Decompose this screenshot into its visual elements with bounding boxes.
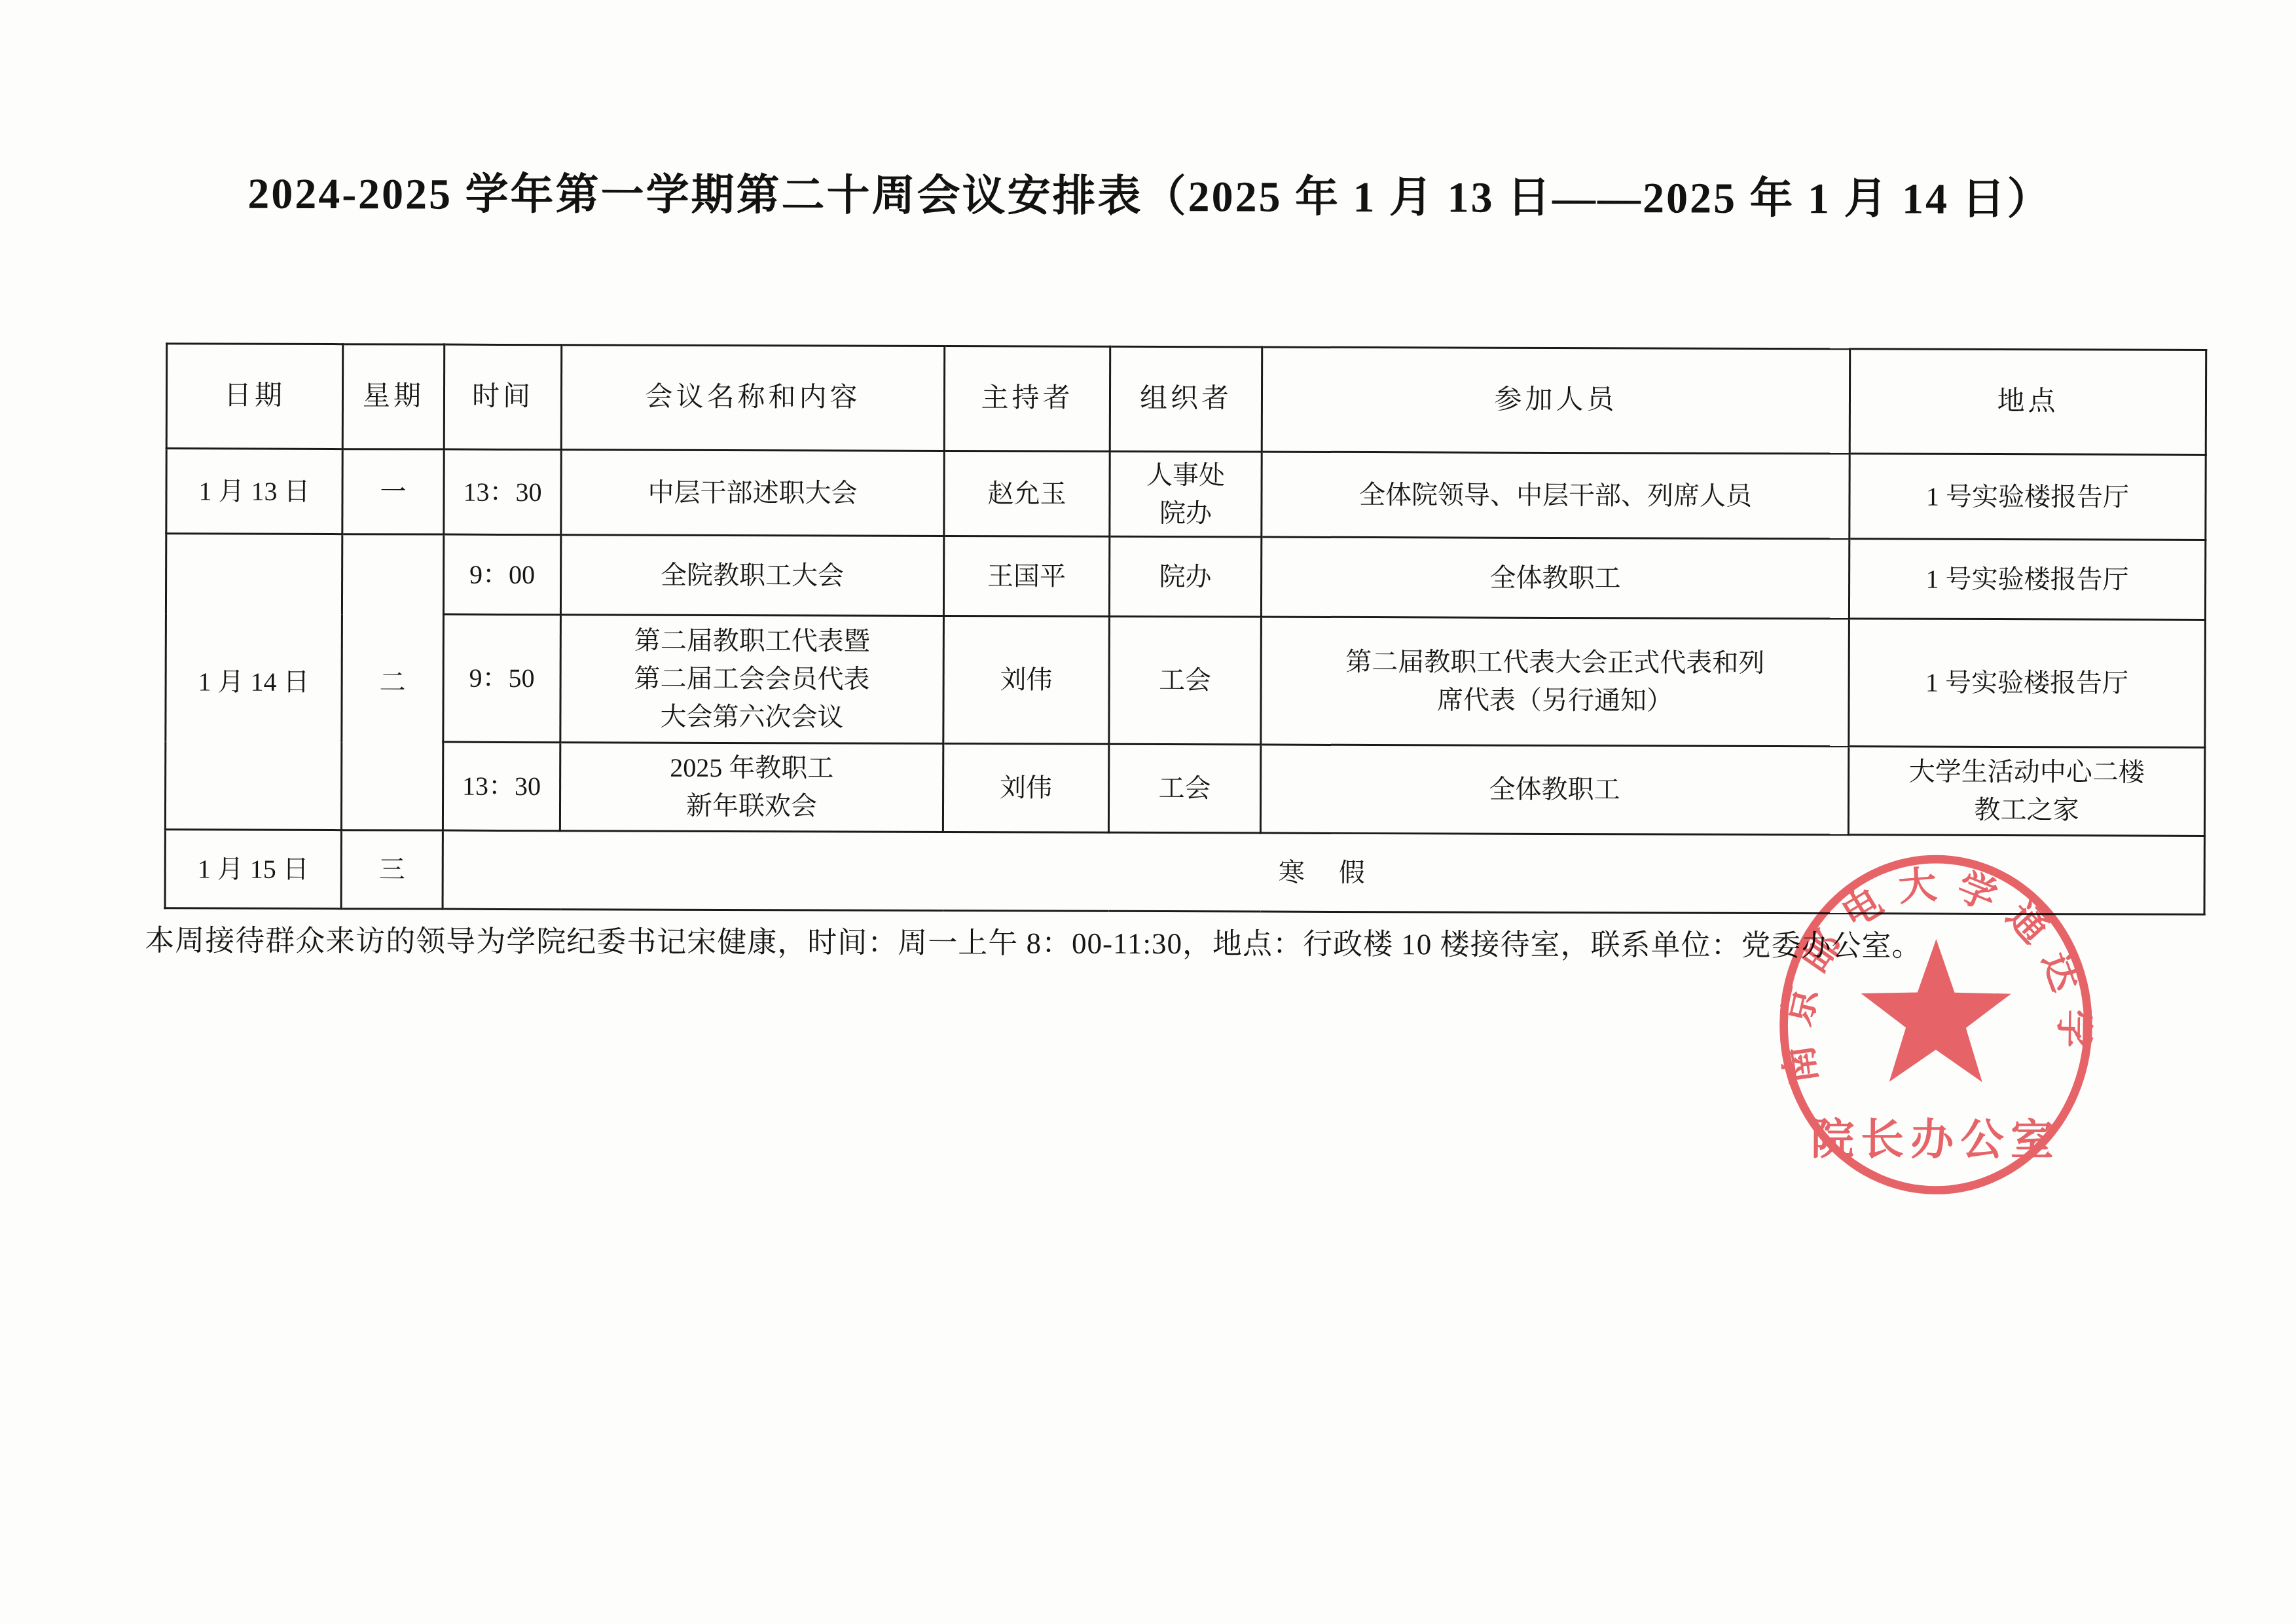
- document-title: 2024-2025 学年第一学期第二十周会议安排表（2025 年 1 月 13 …: [2, 157, 2296, 227]
- cell-time: 13：30: [444, 449, 561, 535]
- seal-office-text: 院长办公室: [1811, 1116, 2060, 1164]
- table-row: 1 月 14 日 二 9：00 全院教职工大会 王国平 院办 全体教职工 1 号…: [166, 534, 2205, 620]
- cell-organizer: 工会: [1109, 616, 1262, 745]
- header-cell-date: 日期: [166, 344, 343, 449]
- cell-week: 二: [341, 534, 443, 830]
- header-cell-time: 时间: [444, 344, 562, 450]
- table-row: 13：30 2025 年教职工 新年联欢会 刘伟 工会 全体教职工 大学生活动中…: [165, 741, 2204, 836]
- cell-location: 大学生活动中心二楼 教工之家: [1848, 747, 2204, 836]
- cell-location: 1 号实验楼报告厅: [1850, 454, 2206, 540]
- table-row: 9：50 第二届教职工代表暨 第二届工会会员代表 大会第六次会议 刘伟 工会 第…: [166, 614, 2206, 748]
- header-cell-organizer: 组织者: [1110, 346, 1262, 452]
- cell-time: 9：00: [443, 534, 560, 615]
- cell-week: 一: [342, 449, 444, 534]
- cell-meeting: 2025 年教职工 新年联欢会: [560, 743, 943, 832]
- cell-participants: 全体院领导、中层干部、列席人员: [1262, 452, 1850, 539]
- table-header-row: 日期 星期 时间 会议名称和内容 主持者 组织者 参加人员 地点: [166, 344, 2206, 455]
- cell-location: 1 号实验楼报告厅: [1849, 539, 2205, 620]
- document-content: 2024-2025 学年第一学期第二十周会议安排表（2025 年 1 月 13 …: [0, 0, 2296, 1624]
- cell-week: 三: [341, 830, 443, 909]
- cell-meeting: 第二届教职工代表暨 第二届工会会员代表 大会第六次会议: [560, 615, 944, 744]
- cell-meeting: 全院教职工大会: [560, 535, 943, 616]
- cell-organizer: 人事处 院办: [1110, 451, 1262, 537]
- table-row: 1 月 15 日 三 寒 假: [165, 830, 2204, 915]
- cell-location: 1 号实验楼报告厅: [1849, 619, 2206, 748]
- cell-participants: 全体教职工: [1260, 745, 1848, 835]
- scanned-document-page: 2024-2025 学年第一学期第二十周会议安排表（2025 年 1 月 13 …: [0, 0, 2296, 1624]
- header-cell-meeting: 会议名称和内容: [561, 345, 944, 451]
- cell-host: 刘伟: [943, 616, 1110, 745]
- schedule-table: 日期 星期 时间 会议名称和内容 主持者 组织者 参加人员 地点 1 月 13 …: [164, 342, 2208, 915]
- cell-holiday: 寒 假: [443, 830, 2204, 914]
- cell-date: 1 月 14 日: [165, 534, 342, 830]
- cell-time: 9：50: [443, 614, 561, 743]
- cell-host: 王国平: [943, 536, 1109, 617]
- cell-date: 1 月 13 日: [166, 449, 342, 534]
- cell-time: 13：30: [443, 742, 560, 831]
- cell-organizer: 院办: [1109, 536, 1261, 617]
- cell-organizer: 工会: [1108, 744, 1260, 833]
- cell-host: 刘伟: [943, 744, 1108, 833]
- cell-participants: 第二届教职工代表大会正式代表和列 席代表（另行通知）: [1261, 617, 1850, 747]
- cell-date: 1 月 15 日: [165, 830, 341, 909]
- table-row: 1 月 13 日 一 13：30 中层干部述职大会 赵允玉 人事处 院办 全体院…: [166, 449, 2206, 540]
- header-cell-participants: 参加人员: [1262, 347, 1850, 454]
- header-cell-location: 地点: [1850, 349, 2206, 455]
- footer-note: 本周接待群众来访的领导为学院纪委书记宋健康，时间：周一上午 8：00-11:30…: [145, 916, 2161, 965]
- header-cell-week: 星期: [342, 344, 445, 449]
- cell-host: 赵允玉: [944, 451, 1110, 537]
- cell-participants: 全体教职工: [1261, 537, 1849, 619]
- header-cell-host: 主持者: [944, 346, 1110, 452]
- cell-meeting: 中层干部述职大会: [561, 450, 944, 536]
